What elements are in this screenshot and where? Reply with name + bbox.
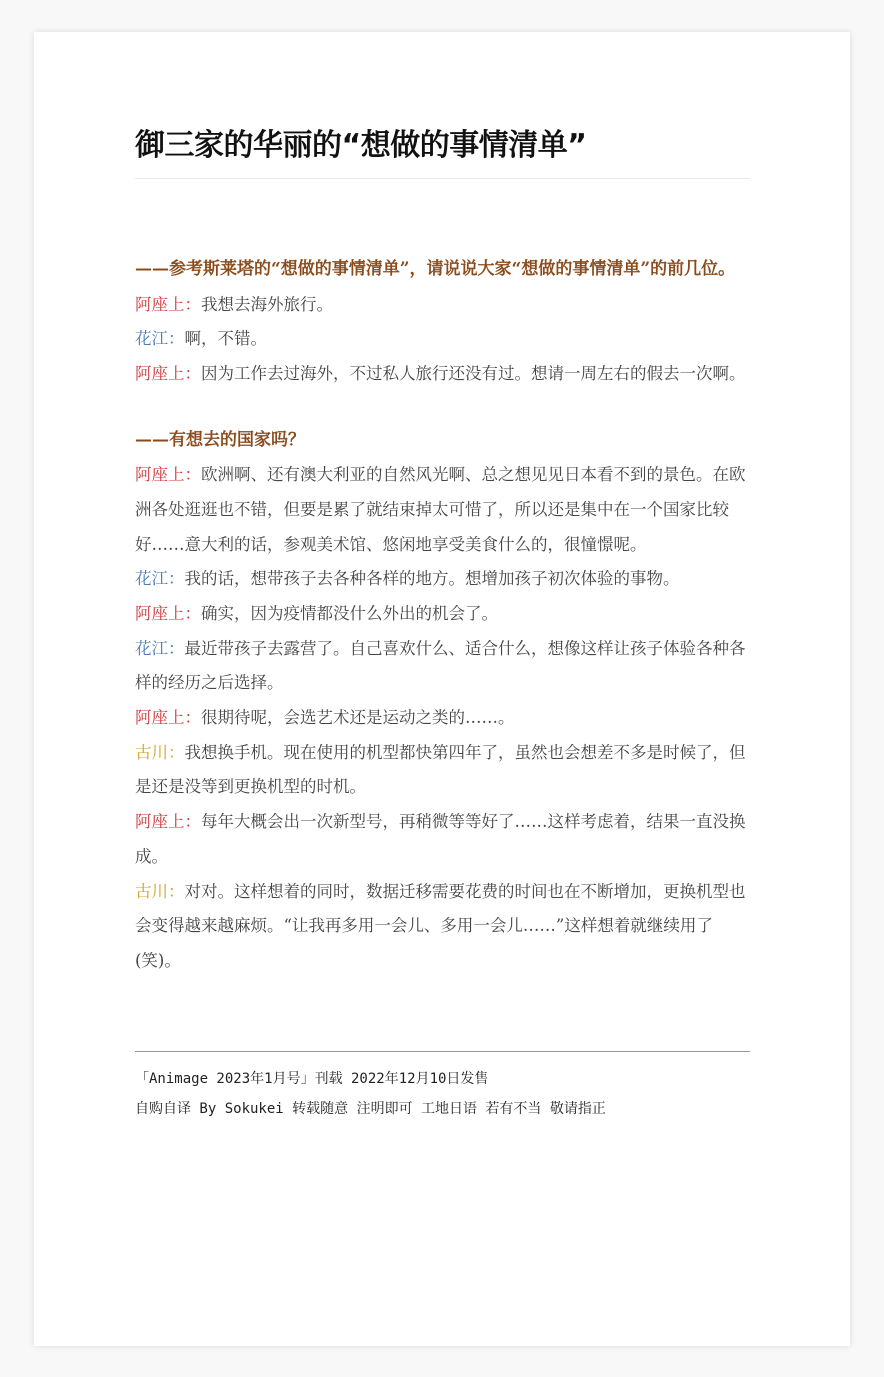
speaker-name: 古川：: [135, 743, 185, 762]
article: 御三家的华丽的“想做的事情清单” ——参考斯莱塔的“想做的事情清单”，请说说大家…: [135, 124, 750, 1124]
dialogue-text: 对对。这样想着的同时，数据迁移需要花费的时间也在不断增加，更换机型也会变得越来越…: [135, 882, 746, 970]
dialogue-text: 我的话，想带孩子去各种各样的地方。想增加孩子初次体验的事物。: [185, 569, 680, 588]
speaker-name: 花江：: [135, 329, 185, 348]
dialogue-line: 花江：我的话，想带孩子去各种各样的地方。想增加孩子初次体验的事物。: [135, 562, 750, 597]
dialogue-line: 花江：啊，不错。: [135, 322, 750, 357]
title-divider: [135, 178, 750, 179]
speaker-name: 花江：: [135, 639, 185, 658]
speaker-name: 阿座上：: [135, 604, 201, 623]
dialogue-text: 很期待呢，会选艺术还是运动之类的……。: [201, 708, 515, 727]
dialogue-text: 啊，不错。: [185, 329, 268, 348]
source-note: 「Animage 2023年1月号」刊载 2022年12月10日发售: [135, 1064, 750, 1094]
dialogue-text: 因为工作去过海外，不过私人旅行还没有过。想请一周左右的假去一次啊。: [201, 364, 746, 383]
dialogue-line: 花江：最近带孩子去露营了。自己喜欢什么、适合什么，想像这样让孩子体验各种各样的经…: [135, 632, 750, 701]
dialogue-text: 我想去海外旅行。: [201, 295, 333, 314]
question: ——有想去的国家吗？: [135, 422, 750, 459]
dialogue-line: 阿座上：很期待呢，会选艺术还是运动之类的……。: [135, 701, 750, 736]
interview-section-1: ——参考斯莱塔的“想做的事情清单”，请说说大家“想做的事情清单”的前几位。 阿座…: [135, 251, 750, 392]
dialogue-text: 我想换手机。现在使用的机型都快第四年了，虽然也会想差不多是时候了，但是还是没等到…: [135, 743, 746, 797]
speaker-name: 阿座上：: [135, 295, 201, 314]
dialogue-line: 阿座上：我想去海外旅行。: [135, 288, 750, 323]
dialogue-text: 最近带孩子去露营了。自己喜欢什么、适合什么，想像这样让孩子体验各种各样的经历之后…: [135, 639, 746, 693]
footer: 「Animage 2023年1月号」刊载 2022年12月10日发售 自购自译 …: [135, 1064, 750, 1124]
interview-section-2: ——有想去的国家吗？ 阿座上：欧洲啊、还有澳大利亚的自然风光啊、总之想见见日本看…: [135, 422, 750, 979]
translator-note: 自购自译 By Sokukei 转载随意 注明即可 工地日语 若有不当 敬请指正: [135, 1094, 750, 1124]
speaker-name: 阿座上：: [135, 708, 201, 727]
page-title: 御三家的华丽的“想做的事情清单”: [135, 124, 750, 168]
dialogue-line: 古川：对对。这样想着的同时，数据迁移需要花费的时间也在不断增加，更换机型也会变得…: [135, 875, 750, 979]
dialogue-line: 古川：我想换手机。现在使用的机型都快第四年了，虽然也会想差不多是时候了，但是还是…: [135, 736, 750, 805]
dialogue-text: 欧洲啊、还有澳大利亚的自然风光啊、总之想见见日本看不到的景色。在欧洲各处逛逛也不…: [135, 465, 746, 553]
footer-divider: [135, 1051, 750, 1052]
dialogue-line: 阿座上：因为工作去过海外，不过私人旅行还没有过。想请一周左右的假去一次啊。: [135, 357, 750, 392]
speaker-name: 花江：: [135, 569, 185, 588]
speaker-name: 阿座上：: [135, 364, 201, 383]
speaker-name: 古川：: [135, 882, 185, 901]
dialogue-text: 每年大概会出一次新型号，再稍微等等好了……这样考虑着，结果一直没换成。: [135, 812, 746, 866]
dialogue-text: 确实，因为疫情都没什么外出的机会了。: [201, 604, 498, 623]
document-page: 御三家的华丽的“想做的事情清单” ——参考斯莱塔的“想做的事情清单”，请说说大家…: [34, 32, 850, 1346]
speaker-name: 阿座上：: [135, 465, 201, 484]
dialogue-line: 阿座上：欧洲啊、还有澳大利亚的自然风光啊、总之想见见日本看不到的景色。在欧洲各处…: [135, 458, 750, 562]
question: ——参考斯莱塔的“想做的事情清单”，请说说大家“想做的事情清单”的前几位。: [135, 251, 750, 288]
dialogue-line: 阿座上：每年大概会出一次新型号，再稍微等等好了……这样考虑着，结果一直没换成。: [135, 805, 750, 874]
speaker-name: 阿座上：: [135, 812, 201, 831]
dialogue-line: 阿座上：确实，因为疫情都没什么外出的机会了。: [135, 597, 750, 632]
